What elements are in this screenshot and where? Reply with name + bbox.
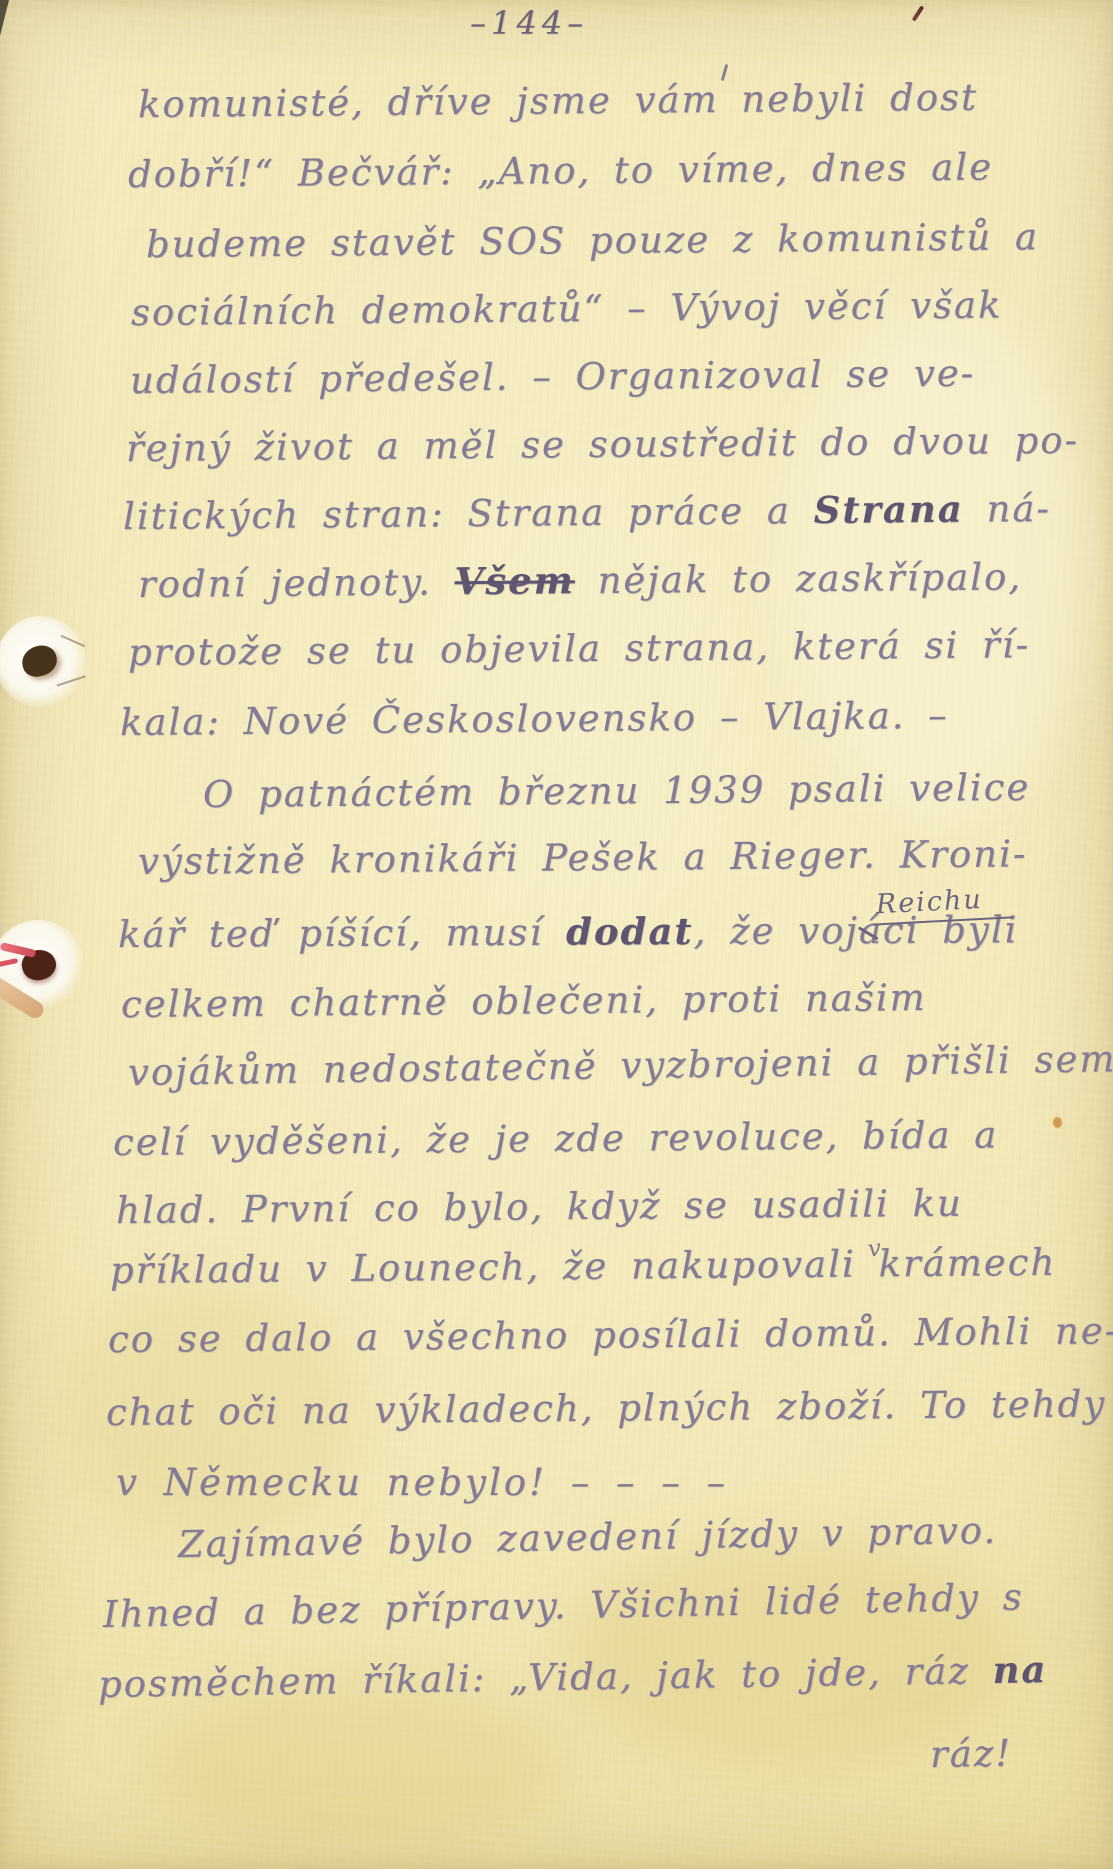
foxing-spot — [1053, 1117, 1062, 1128]
overwritten-word: dodat — [566, 909, 694, 954]
manuscript-line: výstižně kronikáři Pešek a Rieger. Kroni… — [138, 835, 1028, 880]
paper-mottling — [150, 1680, 570, 1850]
manuscript-line: O patnáctém březnu 1939 psali velice — [203, 769, 1031, 813]
manuscript-line: budeme stavět SOS pouze z komunistů a — [146, 218, 1039, 263]
text-segment: nějak to zaskřípalo, — [575, 555, 1023, 602]
manuscript-line: posměchem říkali: „Vida, jak to jde, ráz… — [98, 1651, 1048, 1703]
manuscript-line: litických stran: Strana práce a Strana n… — [123, 490, 1051, 535]
manuscript-line: ráz! — [930, 1735, 1013, 1773]
interlinear-insertion-v: v — [867, 1235, 883, 1262]
manuscript-line: chat oči na výkladech, plných zboží. To … — [106, 1385, 1106, 1431]
manuscript-line: řejný život a měl se soustředit do dvou … — [126, 422, 1079, 467]
manuscript-line: Zajímavé bylo zavedení jízdy v pravo. — [178, 1512, 998, 1563]
text-segment: kář teď píšící, musí — [118, 911, 566, 956]
text-segment: krámech — [878, 1241, 1056, 1286]
manuscript-line: rodní jednoty. Všem nějak to zaskřípalo, — [138, 558, 1022, 603]
manuscript-line: vojákům nedostatečně vyzbrojeni a přišli… — [128, 1040, 1113, 1091]
text-segment: příkladu v Lounech, že nakupovali — [110, 1242, 879, 1292]
manuscript-line: protože se tu objevila strana, která si … — [128, 626, 1030, 671]
manuscript-line: Ihned a bez přípravy. Všichni lidé tehdy… — [103, 1578, 1024, 1633]
ink-tick-mark — [912, 5, 925, 21]
manuscript-line: komunisté, dříve jsme vám nebyli dost — [138, 79, 978, 123]
text-segment: rodní jednoty. — [138, 560, 455, 606]
manuscript-line: dobří!“ Bečvář: „Ano, to víme, dnes ale — [128, 148, 993, 193]
crossed-out-word: Všem — [454, 558, 575, 603]
manuscript-line: hlad. První co bylo, když se usadili ku — [116, 1185, 963, 1229]
overwritten-word: na — [992, 1647, 1048, 1692]
manuscript-line: co se dalo a všechno posílali domů. Mohl… — [108, 1312, 1113, 1358]
corner-smudge — [0, 0, 9, 36]
text-segment: ná- — [964, 487, 1052, 531]
manuscript-line: celkem chatrně oblečeni, proti našim — [121, 979, 927, 1023]
manuscript-line: celí vyděšeni, že je zde revoluce, bída … — [113, 1116, 999, 1161]
manuscript-page: –144– komunisté, dříve jsme vám nebyli d… — [0, 0, 1113, 1869]
punch-hole-core — [19, 642, 60, 680]
manuscript-line: událostí předešel. – Organizoval se ve- — [130, 355, 975, 399]
interlinear-insertion-reichu: Reichu — [871, 882, 1012, 925]
text-segment: litických stran: Strana práce a — [123, 489, 814, 538]
page-number: –144– — [470, 4, 588, 42]
manuscript-line: příkladu v Lounech, že nakupovali krámec… — [110, 1244, 1057, 1289]
manuscript-line: kala: Nové Československo – Vlajka. – — [120, 697, 949, 741]
punch-hole-top — [0, 616, 86, 708]
overwritten-word: Strana — [813, 487, 964, 532]
manuscript-line: sociálních demokratů“ – Vývoj věcí však — [131, 286, 1003, 331]
manuscript-line: v Německu nebylo! – – – – — [116, 1464, 728, 1501]
text-segment: posměchem říkali: „Vida, jak to jde, ráz — [98, 1649, 993, 1706]
